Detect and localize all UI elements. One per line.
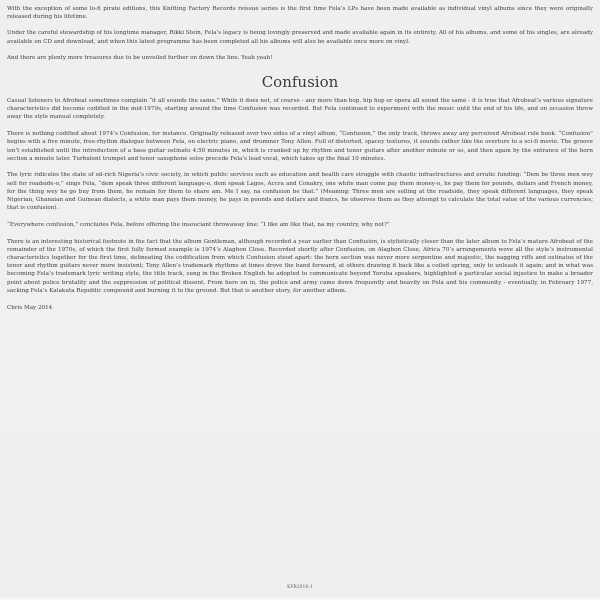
author-signature: Chris May 2014 (7, 304, 593, 312)
article-paragraph-3: The lyric ridicules the state of oil-ric… (7, 171, 593, 212)
catalog-number: KFR2010-1 (0, 584, 600, 589)
intro-paragraph-1: With the exception of some lo-fi pirate … (7, 5, 593, 21)
intro-paragraph-3: And there are plenty more treasures due … (7, 54, 593, 62)
page-edge (0, 596, 600, 600)
article-paragraph-1: Casual listeners to Afrobeat sometimes c… (7, 97, 593, 122)
article-paragraph-2: There is nothing codified about 1974’s C… (7, 130, 593, 163)
article-body: Casual listeners to Afrobeat sometimes c… (7, 97, 593, 295)
liner-notes-content: With the exception of some lo-fi pirate … (7, 5, 593, 312)
article-title: Confusion (7, 73, 593, 91)
intro-section: With the exception of some lo-fi pirate … (7, 5, 593, 62)
intro-paragraph-2: Under the careful stewardship of his lon… (7, 29, 593, 45)
article-paragraph-5: There is an interesting historical footn… (7, 238, 593, 295)
liner-notes-page: With the exception of some lo-fi pirate … (0, 0, 600, 600)
article-paragraph-4: “Everywhere confusion,” concludes Fela, … (7, 221, 593, 229)
